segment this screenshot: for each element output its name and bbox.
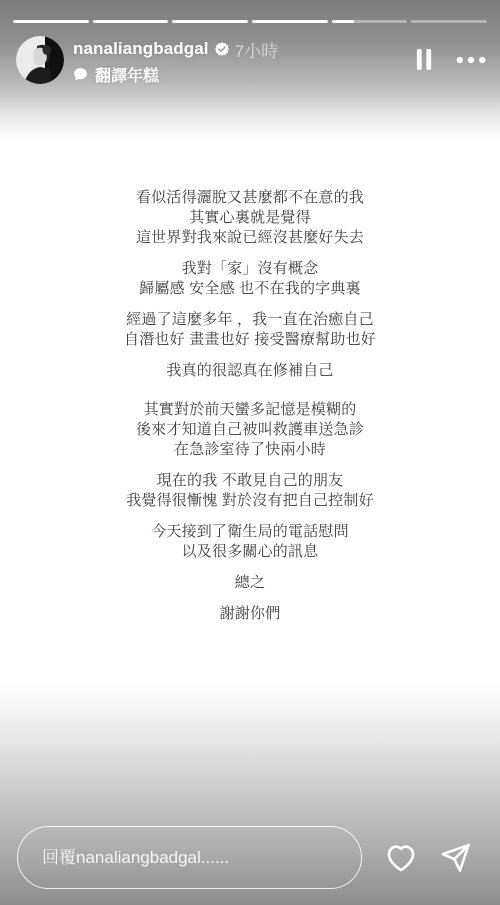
story-text-content: 看似活得灑脫又甚麼都不在意的我 其實心裏就是覺得 這世界對我來說已經沒甚麼好失去…	[0, 188, 500, 635]
story-paragraph: 其實對於前天蠻多記憶是模糊的 後來才知道自己被叫救護車送急診 在急診室待了快兩小…	[0, 400, 500, 460]
story-line: 經過了這麼多年 ，我一直在治癒自己	[126, 311, 374, 328]
progress-segment	[93, 20, 169, 23]
avatar-photo	[16, 36, 64, 84]
story-line: 其實對於前天蠻多記憶是模糊的	[144, 401, 357, 418]
pause-icon	[415, 59, 434, 74]
story-paragraph: 我真的很認真在修補自己	[0, 361, 500, 381]
see-translation[interactable]: 翻譯年糕	[73, 63, 415, 86]
verified-badge-icon	[215, 42, 229, 56]
story-paragraph: 看似活得灑脫又甚麼都不在意的我 其實心裏就是覺得 這世界對我來說已經沒甚麼好失去	[0, 188, 500, 248]
story-line: 我對「家」沒有概念	[182, 260, 319, 277]
speech-bubble-icon	[73, 67, 88, 82]
more-options-icon	[456, 52, 486, 67]
username[interactable]: nanaliangbadgal	[73, 39, 209, 59]
story-line: 自潛也好 畫畫也好 接受醫療幫助也好	[124, 331, 376, 348]
story-progress-bar	[13, 20, 487, 23]
header-actions	[415, 48, 486, 71]
story-line: 其實心裏就是覺得	[189, 209, 311, 226]
story-line: 我覺得很慚愧 對於沒有把自己控制好	[126, 492, 374, 509]
share-button[interactable]	[439, 841, 472, 874]
story-line: 以及很多關心的訊息	[182, 543, 319, 560]
reply-input[interactable]	[42, 848, 337, 868]
story-line: 在急診室待了快兩小時	[174, 441, 326, 458]
story-paragraph: 謝謝你們	[0, 604, 500, 624]
story-line: 總之	[235, 574, 265, 591]
paper-plane-icon	[439, 862, 472, 877]
instagram-story-view: nanaliangbadgal 7小時 翻譯年糕	[0, 0, 500, 905]
progress-segment	[411, 20, 487, 23]
story-paragraph: 總之	[0, 573, 500, 593]
reply-pill[interactable]	[17, 826, 362, 889]
avatar[interactable]	[16, 36, 64, 84]
progress-segment	[172, 20, 248, 23]
story-paragraph: 經過了這麼多年 ，我一直在治癒自己 自潛也好 畫畫也好 接受醫療幫助也好	[0, 310, 500, 350]
footer-actions	[384, 841, 472, 875]
progress-segment	[252, 20, 328, 23]
heart-icon	[384, 863, 418, 878]
progress-segment	[13, 20, 89, 23]
story-line: 現在的我 不敢見自己的朋友	[157, 472, 344, 489]
story-paragraph: 今天接到了衛生局的電話慰問 以及很多關心的訊息	[0, 522, 500, 562]
story-line: 我真的很認真在修補自己	[166, 362, 333, 379]
story-line: 歸屬感 安全感 也不在我的字典裏	[139, 280, 361, 297]
story-line: 看似活得灑脫又甚麼都不在意的我	[136, 189, 364, 206]
user-row: nanaliangbadgal 7小時	[73, 37, 415, 61]
more-options-button[interactable]	[456, 56, 486, 64]
story-footer	[0, 826, 500, 889]
story-paragraph: 現在的我 不敢見自己的朋友 我覺得很慚愧 對於沒有把自己控制好	[0, 471, 500, 511]
story-line: 今天接到了衛生局的電話慰問	[151, 523, 349, 540]
like-button[interactable]	[384, 841, 418, 875]
story-line: 謝謝你們	[220, 605, 281, 622]
story-header: nanaliangbadgal 7小時 翻譯年糕	[16, 36, 486, 86]
timestamp: 7小時	[235, 37, 278, 62]
progress-segment	[332, 20, 408, 23]
story-paragraph: 我對「家」沒有概念 歸屬感 安全感 也不在我的字典裏	[0, 259, 500, 299]
story-line: 這世界對我來說已經沒甚麼好失去	[136, 229, 364, 246]
header-text: nanaliangbadgal 7小時 翻譯年糕	[73, 36, 415, 86]
pause-button[interactable]	[415, 48, 434, 71]
translation-label: 翻譯年糕	[95, 63, 159, 86]
story-line: 後來才知道自己被叫救護車送急診	[136, 421, 364, 438]
